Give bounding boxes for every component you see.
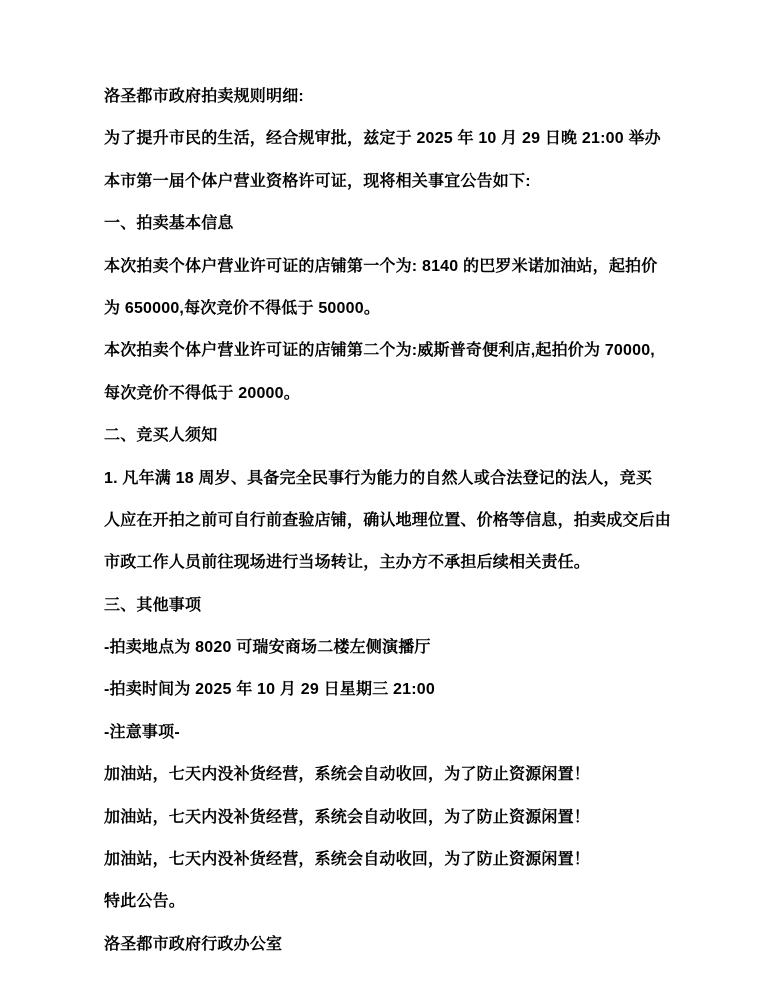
auction-time-line: -拍卖时间为 2025 年 10 月 29 日星期三 21:00 xyxy=(104,669,680,711)
bidder-notice-line-2: 人应在开拍之前可自行前查验店铺，确认地理位置、价格等信息，拍卖成交后由 xyxy=(104,500,680,542)
bidder-notice-line-3: 市政工作人员前往现场进行当场转让，主办方不承担后续相关责任。 xyxy=(104,542,680,584)
intro-line-2: 本市第一届个体户营业资格许可证，现将相关事宜公告如下: xyxy=(104,161,680,203)
intro-line-1: 为了提升市民的生活，经合规审批，兹定于 2025 年 10 月 29 日晚 21… xyxy=(104,118,680,160)
lot-1-line-2: 为 650000,每次竞价不得低于 50000。 xyxy=(104,288,680,330)
notice-line-1: 加油站，七天内没补货经营，系统会自动收回，为了防止资源闲置！ xyxy=(104,754,680,796)
doc-title: 洛圣都市政府拍卖规则明细: xyxy=(104,76,680,118)
document-page: 洛圣都市政府拍卖规则明细: 为了提升市民的生活，经合规审批，兹定于 2025 年… xyxy=(0,0,776,998)
issuer-line: 洛圣都市政府行政办公室 xyxy=(104,924,680,966)
auction-location-line: -拍卖地点为 8020 可瑞安商场二楼左侧演播厅 xyxy=(104,627,680,669)
notice-line-3: 加油站，七天内没补货经营，系统会自动收回，为了防止资源闲置！ xyxy=(104,839,680,881)
section-3-heading: 三、其他事项 xyxy=(104,585,680,627)
notice-line-2: 加油站，七天内没补货经营，系统会自动收回，为了防止资源闲置！ xyxy=(104,797,680,839)
notes-heading: -注意事项- xyxy=(104,712,680,754)
lot-2-line-1: 本次拍卖个体户营业许可证的店铺第二个为:威斯普奇便利店,起拍价为 70000, xyxy=(104,330,680,372)
section-2-heading: 二、竞买人须知 xyxy=(104,415,680,457)
bidder-notice-line-1: 1. 凡年满 18 周岁、具备完全民事行为能力的自然人或合法登记的法人，竞买 xyxy=(104,458,680,500)
lot-2-line-2: 每次竞价不得低于 20000。 xyxy=(104,373,680,415)
lot-1-line-1: 本次拍卖个体户营业许可证的店铺第一个为: 8140 的巴罗米诺加油站，起拍价 xyxy=(104,246,680,288)
section-1-heading: 一、拍卖基本信息 xyxy=(104,203,680,245)
closing-line: 特此公告。 xyxy=(104,881,680,923)
